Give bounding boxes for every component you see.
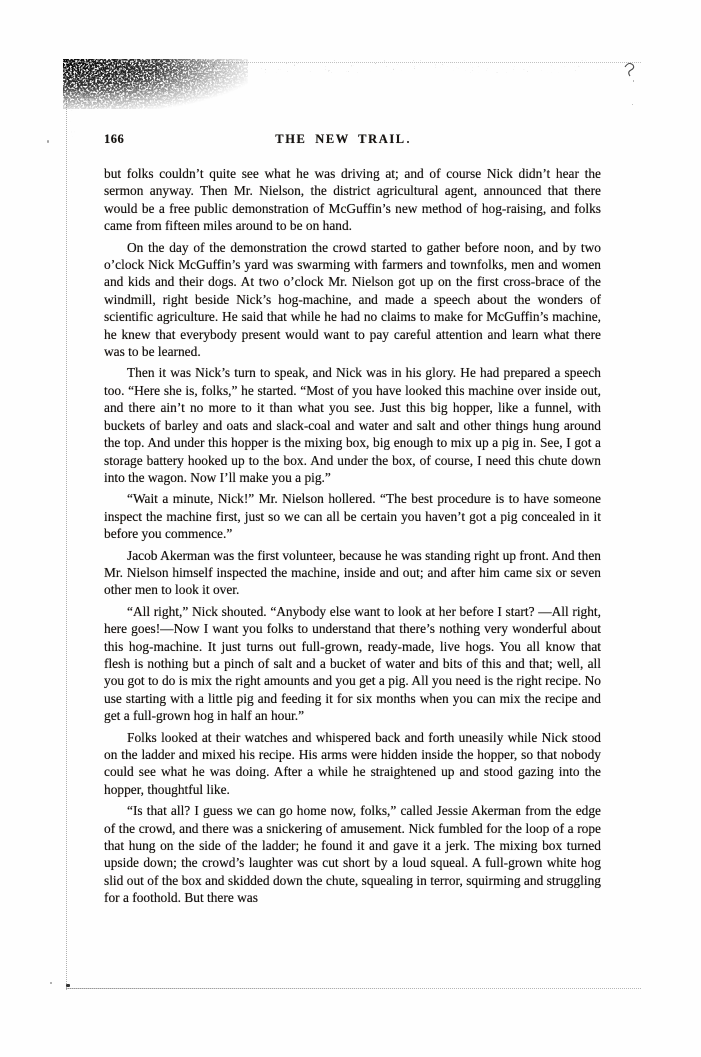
running-title: THE NEW TRAIL [275, 132, 405, 147]
ink-smudge-blob [63, 61, 248, 109]
running-head: 166 THE NEW TRAIL [104, 132, 601, 148]
paragraph: Folks looked at their watches and whispe… [104, 729, 601, 799]
ink-speck [66, 984, 70, 987]
page-left-edge [66, 62, 67, 990]
paragraph: Jacob Akerman was the first volunteer, b… [104, 547, 601, 599]
page-number: 166 [104, 132, 124, 147]
page-body-text: but folks couldn’t quite see what he was… [104, 165, 601, 907]
ink-speck [47, 140, 49, 143]
corner-curl-mark [625, 63, 634, 76]
page-top-edge [66, 62, 641, 63]
scan-smudge-artifact [63, 59, 641, 137]
ink-speck [632, 104, 633, 105]
paragraph: “All right,” Nick shouted. “Anybody else… [104, 603, 601, 725]
ink-speck [50, 982, 52, 984]
page-bottom-edge [66, 988, 641, 989]
paragraph: “Is that all? I guess we can go home now… [104, 802, 601, 906]
ink-speck [633, 80, 634, 82]
paragraph: “Wait a minute, Nick!” Mr. Nielson holle… [104, 490, 601, 542]
paragraph: Then it was Nick’s turn to speak, and Ni… [104, 364, 601, 486]
paragraph: but folks couldn’t quite see what he was… [104, 165, 601, 235]
paragraph: On the day of the demonstration the crow… [104, 239, 601, 361]
book-page-scan: 166 THE NEW TRAIL but folks couldn’t qui… [0, 0, 701, 1057]
ink-speck [407, 141, 409, 143]
